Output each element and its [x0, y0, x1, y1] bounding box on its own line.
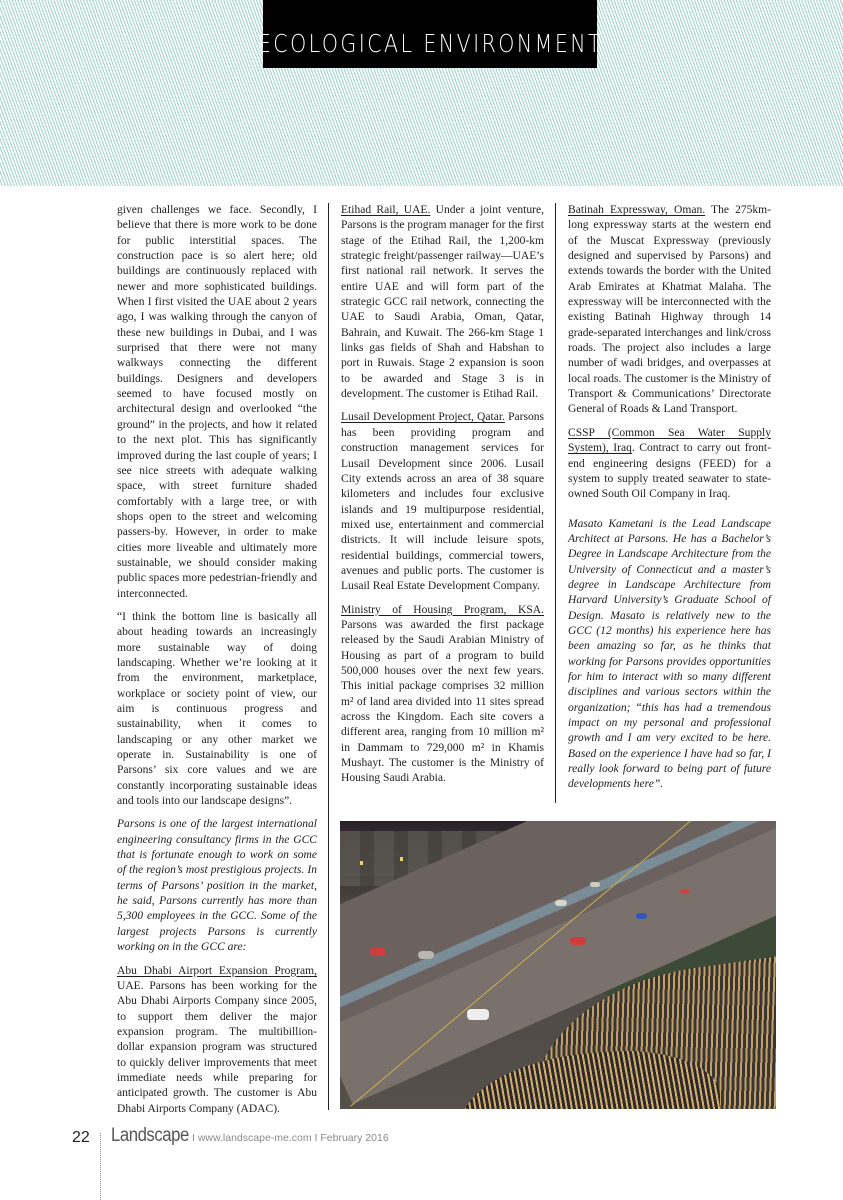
- author-bio: Masato Kametani is the Lead Landscape Ar…: [568, 517, 771, 793]
- photo-car: [418, 951, 434, 959]
- project-heading: Etihad Rail, UAE.: [341, 204, 430, 216]
- page-number: 22: [72, 1129, 90, 1147]
- body-paragraph: given challenges we face. Secondly, I be…: [117, 203, 317, 602]
- article-column-1: given challenges we face. Secondly, I be…: [117, 203, 317, 1125]
- project-body: Parsons was awarded the first package re…: [341, 619, 544, 784]
- project-body: Under a joint venture, Parsons is the pr…: [341, 204, 544, 400]
- section-title: ECOLOGICAL ENVIRONMENT: [257, 29, 602, 58]
- highway-rendering-photo: [340, 821, 776, 1109]
- body-paragraph: “I think the bottom line is basically al…: [117, 610, 317, 809]
- project-paragraph-housing: Ministry of Housing Program, KSA. Parson…: [341, 603, 544, 787]
- project-heading: Ministry of Housing Program, KSA.: [341, 604, 544, 616]
- project-heading: Abu Dhabi Airport Expansion Program,: [117, 965, 317, 977]
- photo-car: [636, 913, 647, 919]
- project-paragraph-adac: Abu Dhabi Airport Expansion Program, UAE…: [117, 964, 317, 1117]
- project-paragraph-batinah: Batinah Expressway, Oman. The 275km-long…: [568, 203, 771, 418]
- project-heading: Lusail Development Project, Qatar.: [341, 411, 505, 423]
- footer-url-date: I www.landscape-me.com I February 2016: [192, 1132, 389, 1144]
- article-column-2: Etihad Rail, UAE. Under a joint venture,…: [341, 203, 544, 795]
- footer-dotted-rule: [100, 1133, 101, 1200]
- photo-car: [680, 889, 689, 894]
- photo-light: [400, 857, 403, 861]
- photo-wave-structure: [460, 1051, 720, 1109]
- project-body: The 275km-long expressway starts at the …: [568, 204, 771, 415]
- column-separator: [328, 203, 329, 1110]
- project-body: UAE. Parsons has been working for the Ab…: [117, 980, 317, 1115]
- project-body: Parsons has been providing program and c…: [341, 411, 544, 592]
- italic-intro-paragraph: Parsons is one of the largest internatio…: [117, 817, 317, 955]
- project-paragraph-cssp: CSSP (Common Sea Water Supply System), I…: [568, 426, 771, 503]
- project-heading: Batinah Expressway, Oman.: [568, 204, 705, 216]
- photo-car: [370, 948, 386, 956]
- project-paragraph-etihad: Etihad Rail, UAE. Under a joint venture,…: [341, 203, 544, 402]
- project-paragraph-lusail: Lusail Development Project, Qatar. Parso…: [341, 410, 544, 594]
- magazine-brand: Landscape: [111, 1125, 189, 1147]
- photo-car: [590, 882, 600, 887]
- photo-light: [360, 861, 363, 865]
- photo-car: [570, 937, 586, 945]
- article-column-3: Batinah Expressway, Oman. The 275km-long…: [568, 203, 771, 801]
- photo-car: [467, 1009, 489, 1020]
- photo-car: [555, 900, 567, 906]
- section-title-box: ECOLOGICAL ENVIRONMENT: [263, 0, 597, 68]
- column-separator: [555, 203, 556, 803]
